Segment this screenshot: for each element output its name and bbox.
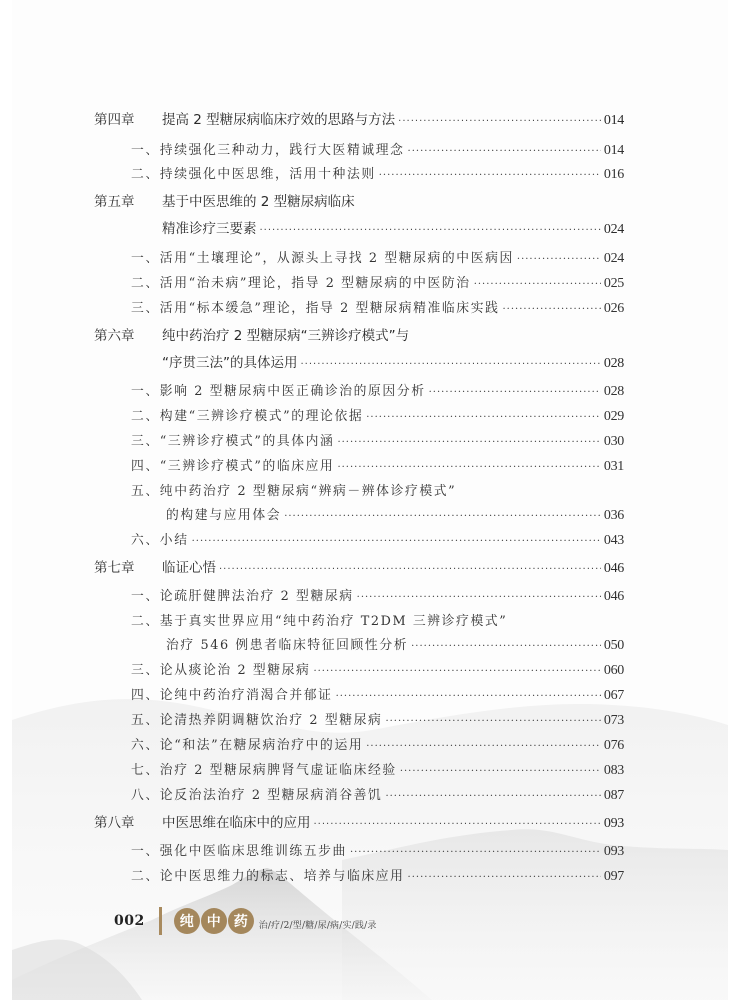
page-number: 036: [604, 507, 624, 524]
toc-section-cont[interactable]: 的构建与应用体会 036: [94, 507, 624, 525]
page-number: 024: [604, 221, 624, 238]
toc-section[interactable]: 二、基于真实世界应用“纯中药治疗 T2DM 三辨诊疗模式”: [94, 613, 624, 630]
section-title: 四、论纯中药治疗消渴合并郁证: [131, 687, 333, 704]
leader-dots: [337, 434, 600, 451]
chapter-title: 基于中医思维的 2 型糖尿病临床: [162, 194, 355, 210]
section-title: 二、持续强化中医思维，活用十种法则: [131, 166, 376, 183]
toc-section[interactable]: 六、论“和法”在糖尿病治疗中的运用 076: [94, 737, 624, 755]
page-number: 026: [604, 300, 624, 317]
page-number: 031: [604, 458, 624, 475]
leader-dots: [400, 763, 601, 780]
leader-dots: [350, 844, 601, 861]
toc-chapter-6[interactable]: 第六章纯中药治疗 2 型糖尿病“三辨诊疗模式”与: [94, 328, 624, 345]
page-number: 024: [604, 250, 624, 267]
page-footer: 002 纯 中 药 治/疗/2/型/糖/尿/病/实/践/录: [114, 907, 377, 935]
page-number: 073: [604, 712, 624, 729]
toc-chapter-7[interactable]: 第七章临证心悟 046: [94, 560, 624, 578]
page-number: 025: [604, 275, 624, 292]
chapter-number: 第六章: [94, 328, 162, 345]
toc-section[interactable]: 二、持续强化中医思维，活用十种法则 016: [94, 166, 624, 184]
page-number: 030: [604, 433, 624, 450]
page-number: 029: [604, 408, 624, 425]
toc-section[interactable]: 三、“三辨诊疗模式”的具体内涵 030: [94, 433, 624, 451]
chapter-title-cont: “序贯三法”的具体运用: [162, 355, 298, 372]
leader-dots: [385, 788, 600, 805]
page-number: 067: [604, 687, 624, 704]
toc-section[interactable]: 一、活用“土壤理论”，从源头上寻找 2 型糖尿病的中医病因 024: [94, 250, 624, 268]
chapter-title: 提高 2 型糖尿病临床疗效的思路与方法: [162, 112, 395, 128]
section-title: 六、小结: [131, 532, 189, 549]
leader-dots: [301, 356, 601, 373]
page-number: 046: [604, 560, 624, 577]
page-number: 043: [604, 532, 624, 549]
leader-dots: [336, 688, 601, 705]
leader-dots: [408, 143, 601, 160]
footer-page-number: 002: [114, 913, 145, 929]
chapter-title: 中医思维在临床中的应用: [162, 815, 311, 831]
leader-dots: [517, 251, 601, 268]
toc-section[interactable]: 一、持续强化三种动力，践行大医精诚理念 014: [94, 142, 624, 160]
section-title: 八、论反治法治疗 2 型糖尿病消谷善饥: [131, 787, 382, 804]
leader-dots: [411, 638, 601, 655]
page-number: 097: [604, 868, 624, 885]
toc-section[interactable]: 六、小结 043: [94, 532, 624, 550]
section-title: 三、论从痰论治 2 型糖尿病: [131, 662, 310, 679]
section-title: 五、纯中药治疗 2 型糖尿病“辨病－辨体诊疗模式”: [131, 483, 456, 500]
section-title: 二、构建“三辨诊疗模式”的理论依据: [131, 408, 363, 425]
leader-dots: [313, 663, 600, 680]
section-title: 一、活用“土壤理论”，从源头上寻找 2 型糖尿病的中医病因: [131, 250, 514, 267]
section-title: 一、论疏肝健脾法治疗 2 型糖尿病: [131, 588, 354, 605]
toc-section[interactable]: 一、影响 2 型糖尿病中医正确诊治的原因分析 028: [94, 383, 624, 401]
page-number: 014: [604, 112, 624, 129]
toc-section[interactable]: 二、活用“治未病”理论，指导 2 型糖尿病的中医防治 025: [94, 275, 624, 293]
page-number: 028: [604, 355, 624, 372]
leader-dots: [366, 738, 601, 755]
toc-section[interactable]: 四、“三辨诊疗模式”的临床应用 031: [94, 458, 624, 476]
toc-section[interactable]: 五、纯中药治疗 2 型糖尿病“辨病－辨体诊疗模式”: [94, 483, 624, 500]
toc-chapter-5[interactable]: 第五章基于中医思维的 2 型糖尿病临床: [94, 194, 624, 211]
leader-dots: [337, 459, 600, 476]
section-title: 三、活用“标本缓急”理论，指导 2 型糖尿病精准临床实践: [131, 300, 500, 317]
chapter-number: 第五章: [94, 194, 162, 211]
chapter-title: 临证心悟: [162, 560, 216, 576]
page-number: 083: [604, 762, 624, 779]
book-logo-badge: 纯: [174, 908, 200, 934]
section-title: 一、持续强化三种动力，践行大医精诚理念: [131, 142, 405, 159]
leader-dots: [398, 113, 601, 130]
section-title: 七、治疗 2 型糖尿病脾肾气虚证临床经验: [131, 762, 397, 779]
toc-chapter-5-cont[interactable]: 精准诊疗三要素 024: [94, 221, 624, 239]
section-title: 四、“三辨诊疗模式”的临床应用: [131, 458, 334, 475]
leader-dots: [408, 869, 601, 886]
book-subtitle: 治/疗/2/型/糖/尿/病/实/践/录: [259, 918, 377, 931]
toc-section-cont[interactable]: 治疗 546 例患者临床特征回顾性分析 050: [94, 637, 624, 655]
book-page: 第四章提高 2 型糖尿病临床疗效的思路与方法 014 一、持续强化三种动力，践行…: [12, 0, 728, 1000]
toc-section[interactable]: 二、论中医思维力的标志、培养与临床应用 097: [94, 868, 624, 886]
chapter-number: 第四章: [94, 112, 162, 129]
leader-dots: [219, 561, 601, 578]
toc-section[interactable]: 三、活用“标本缓急”理论，指导 2 型糖尿病精准临床实践 026: [94, 300, 624, 318]
section-title: 六、论“和法”在糖尿病治疗中的运用: [131, 737, 363, 754]
footer-divider: [159, 907, 162, 935]
page-number: 093: [604, 815, 624, 832]
leader-dots: [503, 301, 601, 318]
leader-dots: [474, 276, 601, 293]
toc-section[interactable]: 五、论清热养阴调糖饮治疗 2 型糖尿病 073: [94, 712, 624, 730]
toc-chapter-4[interactable]: 第四章提高 2 型糖尿病临床疗效的思路与方法 014: [94, 112, 624, 130]
section-title-cont: 治疗 546 例患者临床特征回顾性分析: [166, 637, 408, 654]
leader-dots: [260, 222, 601, 239]
chapter-number: 第八章: [94, 815, 162, 832]
chapter-title-cont: 精准诊疗三要素: [162, 221, 257, 238]
leader-dots: [385, 713, 600, 730]
leader-dots: [192, 533, 601, 550]
page-number: 016: [604, 166, 624, 183]
book-logo-badge: 药: [228, 908, 254, 934]
table-of-contents: 第四章提高 2 型糖尿病临床疗效的思路与方法 014 一、持续强化三种动力，践行…: [94, 112, 624, 886]
page-number: 014: [604, 142, 624, 159]
leader-dots: [314, 816, 601, 833]
page-number: 050: [604, 637, 624, 654]
section-title: 二、活用“治未病”理论，指导 2 型糖尿病的中医防治: [131, 275, 471, 292]
chapter-title: 纯中药治疗 2 型糖尿病“三辨诊疗模式”与: [162, 328, 409, 344]
page-number: 046: [604, 588, 624, 605]
toc-section[interactable]: 三、论从痰论治 2 型糖尿病 060: [94, 662, 624, 680]
toc-section[interactable]: 七、治疗 2 型糖尿病脾肾气虚证临床经验 083: [94, 762, 624, 780]
section-title: 二、基于真实世界应用“纯中药治疗 T2DM 三辨诊疗模式”: [131, 613, 507, 630]
book-logo-badge: 中: [201, 908, 227, 934]
section-title: 一、影响 2 型糖尿病中医正确诊治的原因分析: [131, 383, 426, 400]
section-title: 二、论中医思维力的标志、培养与临床应用: [131, 868, 405, 885]
section-title: 五、论清热养阴调糖饮治疗 2 型糖尿病: [131, 712, 382, 729]
toc-chapter-8[interactable]: 第八章中医思维在临床中的应用 093: [94, 815, 624, 833]
leader-dots: [284, 508, 601, 525]
toc-section[interactable]: 一、强化中医临床思维训练五步曲 093: [94, 843, 624, 861]
leader-dots: [366, 409, 601, 426]
chapter-number: 第七章: [94, 560, 162, 577]
section-title: 一、强化中医临床思维训练五步曲: [131, 843, 347, 860]
toc-section[interactable]: 四、论纯中药治疗消渴合并郁证 067: [94, 687, 624, 705]
section-title: 三、“三辨诊疗模式”的具体内涵: [131, 433, 334, 450]
page-number: 093: [604, 843, 624, 860]
leader-dots: [357, 589, 601, 606]
page-number: 076: [604, 737, 624, 754]
page-number: 060: [604, 662, 624, 679]
toc-section[interactable]: 二、构建“三辨诊疗模式”的理论依据 029: [94, 408, 624, 426]
page-number: 028: [604, 383, 624, 400]
section-title-cont: 的构建与应用体会: [166, 507, 281, 524]
toc-chapter-6-cont[interactable]: “序贯三法”的具体运用 028: [94, 355, 624, 373]
page-number: 087: [604, 787, 624, 804]
toc-section[interactable]: 八、论反治法治疗 2 型糖尿病消谷善饥 087: [94, 787, 624, 805]
leader-dots: [429, 384, 601, 401]
leader-dots: [379, 167, 601, 184]
toc-section[interactable]: 一、论疏肝健脾法治疗 2 型糖尿病 046: [94, 588, 624, 606]
